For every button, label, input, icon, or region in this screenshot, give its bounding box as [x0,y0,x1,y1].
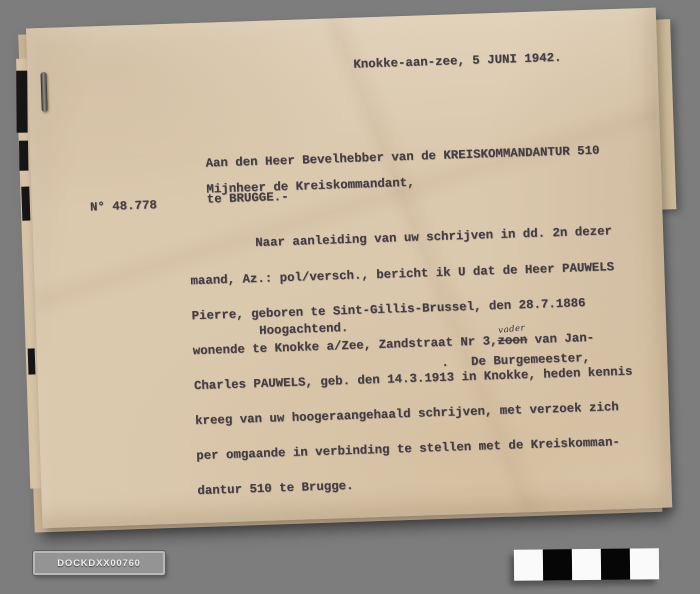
archive-code-label: DOCKDXX00760 [57,558,141,569]
calibration-square [630,548,659,579]
body-line: dantur 510 te Brugge. [197,472,636,498]
paper-stack: Knokke-aan-zee, 5 JUNI 1942. Aan den Hee… [20,0,677,530]
body-line: per omgaande in verbinding te stellen me… [196,437,635,463]
dark-sheet-edge [19,141,28,171]
calibration-square [514,549,543,580]
correction-after: van Jan- [527,331,594,347]
recipient-line: Aan den Heer Bevelhebber van de KREISKOM… [205,146,599,171]
handwritten-correction: vader [498,324,526,335]
body-line: Naar aanleiding van uw schrijven in dd. … [189,226,628,252]
calibration-square [543,549,572,580]
dark-sheet-edge [21,187,30,221]
body-line: Pierre, geboren te Sint-Gillis-Brussel, … [191,296,630,322]
calibration-strip [514,548,659,581]
archive-code-badge: DOCKDXX00760 [33,551,165,575]
letter-date: Knokke-aan-zee, 5 JUNI 1942. [353,53,561,72]
calibration-square [572,549,601,580]
body-line: maand, Az.: pol/versch., bericht ik U da… [190,261,629,287]
dark-sheet-edge [28,348,36,374]
correction-before: wonende te Knokke a/Zee, Zandstraat Nr 3… [193,334,498,358]
letter-document: Knokke-aan-zee, 5 JUNI 1942. Aan den Hee… [26,8,672,529]
calibration-square [601,549,630,580]
photo-background: Knokke-aan-zee, 5 JUNI 1942. Aan den Hee… [0,0,700,594]
struck-word: zoonvader [497,333,527,348]
staple-mark [40,72,47,112]
dark-sheet-edge [16,71,27,133]
body-line: kreeg van uw hoogeraangehaald schrijven,… [195,402,634,428]
reference-number: N° 48.778 [90,200,157,214]
body-line: Charles PAUWELS, geb. den 14.3.1913 in K… [194,366,633,392]
